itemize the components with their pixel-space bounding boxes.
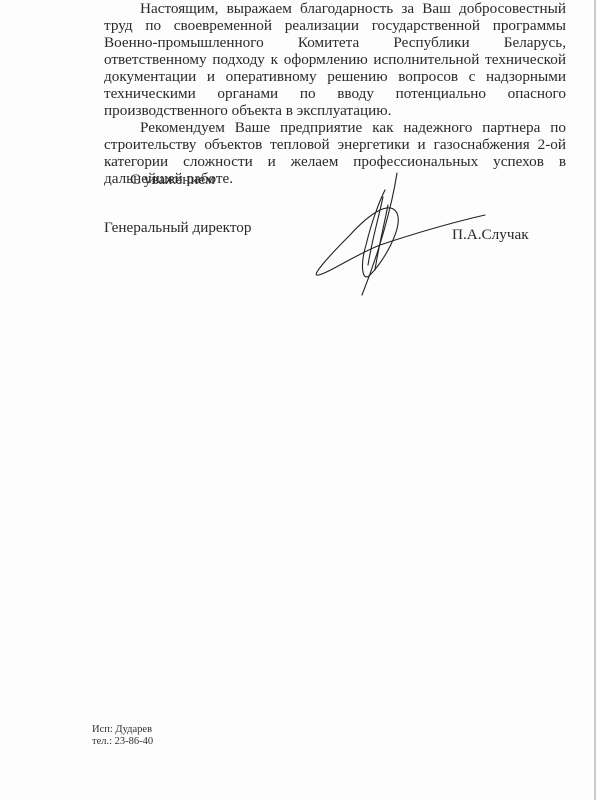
executor-footer: Исп: Дударев тел.: 23-86-40 [92,724,153,748]
letter-body: Настоящим, выражаем благодарность за Ваш… [104,0,566,187]
closing-phrase: С уважением [130,171,215,189]
signatory-position: Генеральный директор [104,219,251,237]
executor-name: Исп: Дударев [92,724,153,736]
page-edge-divider [594,0,596,800]
paragraph-gratitude: Настоящим, выражаем благодарность за Ваш… [104,0,566,119]
letter-page: Настоящим, выражаем благодарность за Ваш… [0,0,600,800]
signatory-name: П.А.Случак [452,226,529,244]
executor-phone: тел.: 23-86-40 [92,736,153,748]
